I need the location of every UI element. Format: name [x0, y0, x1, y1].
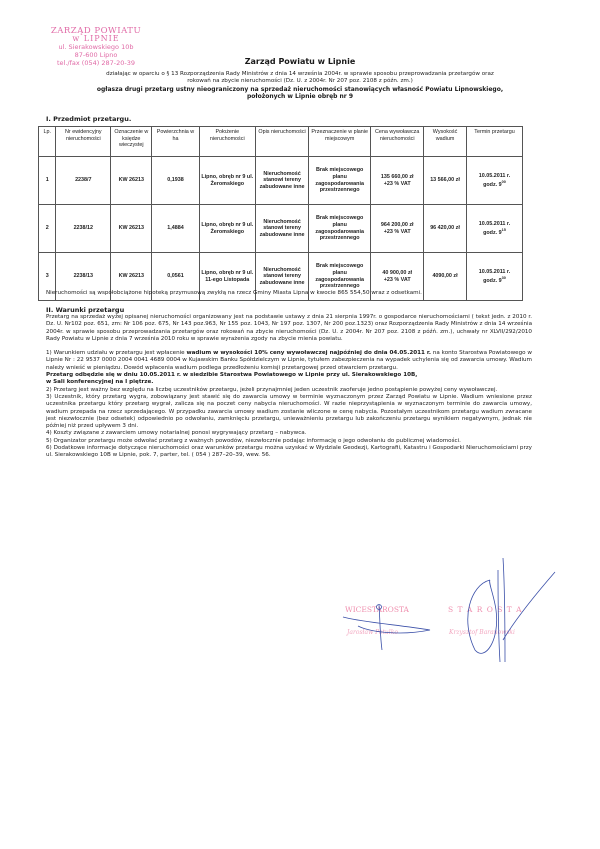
cell-purpose: Brak miejscowego planu zagospodarowania …: [309, 157, 371, 205]
column-header: Położenie nieruchomości: [199, 127, 256, 157]
section-heading-conditions: II. Warunki przetargu: [46, 306, 124, 314]
time-minutes: 30: [502, 276, 506, 280]
price-vat: +23 % VAT: [384, 229, 411, 235]
mortgage-note: Nieruchomości są współobciążone hipoteką…: [46, 290, 422, 296]
column-header: Lp.: [39, 127, 56, 157]
cell-price: 135 660,00 zł+23 % VAT: [371, 157, 424, 205]
cell-purpose: Brak miejscowego planu zagospodarowania …: [309, 205, 371, 253]
price-vat: +23 % VAT: [384, 277, 411, 283]
column-header: Opis nieruchomości: [256, 127, 309, 157]
condition-6: 6) Dodatkowe informacje dotyczące nieruc…: [46, 445, 532, 460]
date-value: 10.05.2011 r.: [479, 173, 510, 179]
condition-2: 2) Przetarg jest ważny bez względu na li…: [46, 387, 532, 394]
cell-lp: 1: [39, 157, 56, 205]
condition-3: 3) Uczestnik, który przetarg wygra, zobo…: [46, 394, 532, 430]
time-minutes: 15: [502, 228, 506, 232]
cell-area: 0,1938: [152, 157, 199, 205]
column-header: Wysokość wadium: [424, 127, 467, 157]
cell-price: 964 200,00 zł+23 % VAT: [371, 205, 424, 253]
time-value: godz. 9: [483, 230, 502, 236]
cell-date: 10.05.2011 r.godz. 930: [466, 253, 522, 301]
cell-nr: 2238/7: [56, 157, 111, 205]
table-row: 2 2238/12 KW 26213 1,4884 Lipno, obręb n…: [39, 205, 523, 253]
condition-5: 5) Organizator przetargu może odwołać pr…: [46, 438, 532, 445]
cell-kw: KW 26213: [111, 157, 152, 205]
cell-description: Nieruchomość stanowi tereny zabudowane i…: [256, 157, 309, 205]
table-header-row: Lp. Nr ewidencyjny nieruchomości Oznacze…: [39, 127, 523, 157]
condition-1: 1) Warunkiem udziału w przetargu jest wp…: [46, 350, 532, 372]
handwritten-signatures-icon: [300, 550, 600, 680]
cell-kw: KW 26213: [111, 205, 152, 253]
cell-deposit: 13 566,00 zł: [424, 157, 467, 205]
date-value: 10.05.2011 r.: [479, 221, 510, 227]
column-header: Cena wywoławcza nieruchomości: [371, 127, 424, 157]
cell-date: 10.05.2011 r.godz. 915: [466, 205, 522, 253]
intro-block: działając w oparciu o § 13 Rozporządzeni…: [40, 71, 560, 101]
cell-location: Lipno, obręb nr 9 ul. Żeromskiego: [199, 157, 256, 205]
conditions-body: Przetarg na sprzedaż wyżej opisanej nier…: [46, 314, 532, 460]
cell-location: Lipno, obręb nr 9 ul. Żeromskiego: [199, 205, 256, 253]
venue-line: w Sali konferencyjnej na I piętrze.: [46, 379, 532, 386]
cell-area: 1,4884: [152, 205, 199, 253]
price-value: 40 900,00 zł: [382, 270, 412, 276]
stamp-line: ul. Sierakowskiego 10b: [44, 43, 148, 51]
announcement-line: ogłasza drugi przetarg ustny nieogranicz…: [40, 86, 560, 93]
price-value: 964 200,00 zł: [381, 222, 414, 228]
column-header: Powierzchnia w ha: [152, 127, 199, 157]
intro-line: rokowań na zbycie nieruchomości (Dz. U. …: [40, 78, 560, 85]
condition-4: 4) Koszty związane z zawarciem umowy not…: [46, 430, 532, 437]
property-table: Lp. Nr ewidencyjny nieruchomości Oznacze…: [38, 126, 523, 301]
cell-deposit: 4090,00 zł: [424, 253, 467, 301]
cell-deposit: 96 420,00 zł: [424, 205, 467, 253]
section-heading-subject: I. Przedmiot przetargu.: [46, 115, 131, 123]
document-title: Zarząd Powiatu w Lipnie: [0, 57, 600, 66]
cell-description: Nieruchomość stanowi tereny zabudowane i…: [256, 205, 309, 253]
column-header: Termin przetargu: [466, 127, 522, 157]
price-vat: +23 % VAT: [384, 181, 411, 187]
column-header: Oznaczenie w księdze wieczystej: [111, 127, 152, 157]
column-header: Przeznaczenie w planie miejscowym: [309, 127, 371, 157]
stamp-line: w LIPNIE: [44, 35, 148, 43]
condition-1-prefix: 1) Warunkiem udziału w przetargu jest wp…: [46, 350, 186, 356]
time-value: godz. 9: [483, 278, 502, 284]
cell-nr: 2238/12: [56, 205, 111, 253]
cell-date: 10.05.2011 r.godz. 900: [466, 157, 522, 205]
table-row: 1 2238/7 KW 26213 0,1938 Lipno, obręb nr…: [39, 157, 523, 205]
price-value: 135 660,00 zł: [381, 174, 414, 180]
condition-1-deposit-deadline: wadium w wysokości 10% ceny wywoławczej …: [186, 350, 431, 356]
time-value: godz. 9: [483, 182, 502, 188]
column-header: Nr ewidencyjny nieruchomości: [56, 127, 111, 157]
announcement-line: położonych w Lipnie obręb nr 9: [40, 93, 560, 100]
venue-line: Przetarg odbędzie się w dniu 10.05.2011 …: [46, 372, 532, 379]
legal-basis-paragraph: Przetarg na sprzedaż wyżej opisanej nier…: [46, 314, 532, 343]
cell-lp: 2: [39, 205, 56, 253]
date-value: 10.05.2011 r.: [479, 269, 510, 275]
time-minutes: 00: [502, 180, 506, 184]
